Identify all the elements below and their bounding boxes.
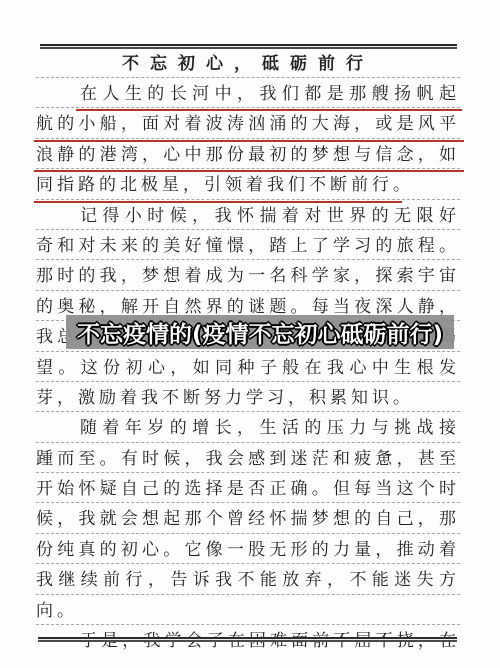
line-text: 向。 [36,601,78,621]
line-text: 望。这份初心，如同种子般在我心中生根发 [36,358,460,378]
handwritten-line: 奇和对未来的美好憧憬，踏上了学习的旅程。 [36,230,460,260]
handwritten-line: 份纯真的初心。它像一股无形的力量，推动着 [36,534,460,564]
line-text: 候，我就会想起那个曾经怀揣梦想的自己，那 [36,509,460,529]
bottom-border-line [38,637,457,642]
handwritten-line: 航的小船，面对着波涛汹涌的大海，或是风平 [36,108,460,138]
teacher-red-underline [34,170,464,172]
handwritten-essay-page: 不忘初心，砥砺前行 在人生的长河中，我们都是那艘扬帆起航的小船，面对着波涛汹涌的… [0,0,500,668]
handwritten-line: 芽，激励着我不断努力学习，积累知识。 [36,382,460,412]
line-text: 随着年岁的增长，生活的压力与挑战接 [80,418,460,438]
line-text: 那时的我，梦想着成为一名科学家，探索宇宙 [36,266,460,286]
line-text: 奇和对未来的美好憧憬，踏上了学习的旅程。 [36,236,460,256]
line-text: 开始怀疑自己的选择是否正确。但每当这个时 [36,479,460,499]
handwritten-line: 望。这份初心，如同种子般在我心中生根发 [36,352,460,382]
handwritten-line: 记得小时候，我怀揣着对世界的无限好 [36,200,460,230]
essay-title: 不忘初心，砥砺前行 [122,54,374,74]
teacher-red-underline [76,109,462,111]
line-text: 我继续前行，告诉我不能放弃，不能迷失方 [36,570,460,590]
handwritten-line: 浪静的港湾，心中那份最初的梦想与信念，如 [36,139,460,169]
handwritten-line: 在人生的长河中，我们都是那艘扬帆起 [36,78,460,108]
line-text: 份纯真的初心。它像一股无形的力量，推动着 [36,540,460,560]
line-text: 在人生的长河中，我们都是那艘扬帆起 [80,84,460,104]
line-text: 记得小时候，我怀揣着对世界的无限好 [80,206,460,226]
caption-overlay-text: 不忘疫情的(疫情不忘初心砥砺前行) [77,316,443,349]
caption-overlay-bar: 不忘疫情的(疫情不忘初心砥砺前行) [66,315,454,349]
line-text: 的奥秘，解开自然界的谜题。每当夜深人静， [36,297,460,317]
handwritten-line: 候，我就会想起那个曾经怀揣梦想的自己，那 [36,503,460,533]
handwritten-line: 开始怀疑自己的选择是否正确。但每当这个时 [36,473,460,503]
line-text: 航的小船，面对着波涛汹涌的大海，或是风平 [36,114,460,134]
handwritten-line: 那时的我，梦想着成为一名科学家，探索宇宙 [36,260,460,290]
essay-title-row: 不忘初心，砥砺前行 [36,48,460,78]
line-text: 踵而至。有时候，我会感到迷茫和疲惫，甚至 [36,449,460,469]
handwritten-line: 我继续前行，告诉我不能放弃，不能迷失方 [36,564,460,594]
teacher-red-underline [34,201,402,203]
handwritten-line: 踵而至。有时候，我会感到迷茫和疲惫，甚至 [36,443,460,473]
handwritten-line: 向。 [36,595,460,625]
line-text: 浪静的港湾，心中那份最初的梦想与信念，如 [36,145,460,165]
essay-body: 在人生的长河中，我们都是那艘扬帆起航的小船，面对着波涛汹涌的大海，或是风平浪静的… [36,78,460,654]
essay-content: 不忘初心，砥砺前行 在人生的长河中，我们都是那艘扬帆起航的小船，面对着波涛汹涌的… [36,48,460,654]
line-text: 芽，激励着我不断努力学习，积累知识。 [36,388,414,408]
line-text: 同指路的北极星，引领着我们不断前行。 [36,175,414,195]
handwritten-line: 随着年岁的增长，生活的压力与挑战接 [36,412,460,442]
handwritten-line: 同指路的北极星，引领着我们不断前行。 [36,169,460,199]
teacher-red-underline [34,140,464,142]
